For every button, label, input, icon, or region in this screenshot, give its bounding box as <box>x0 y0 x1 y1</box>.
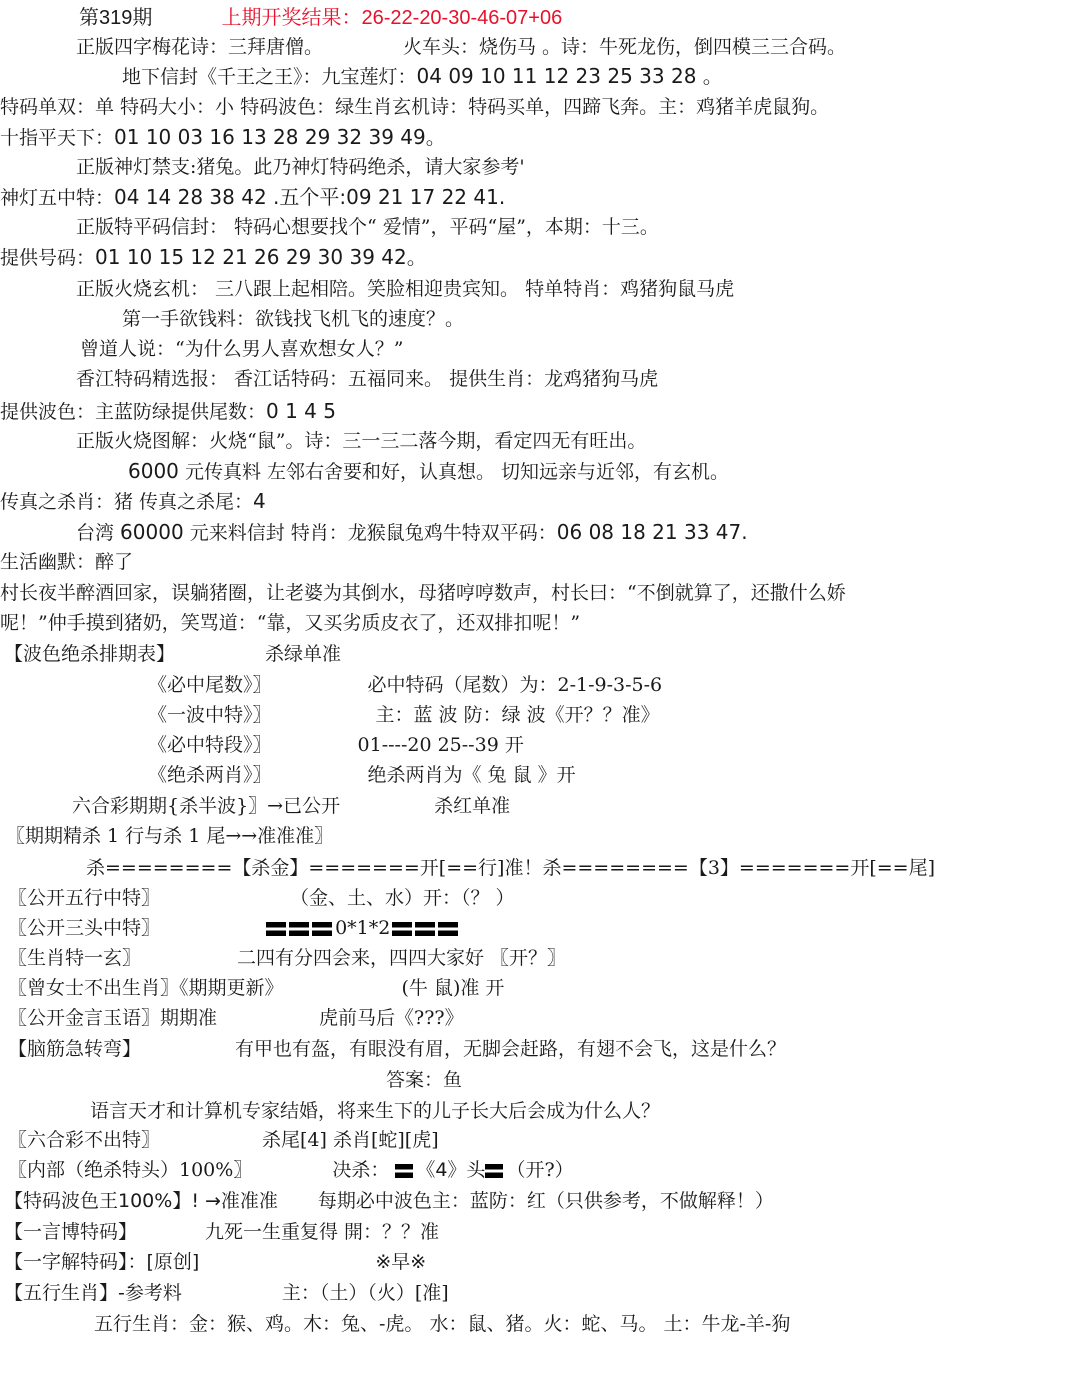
internal-kill-label: 〖内部（绝杀特头）100%〗 <box>8 1159 252 1181</box>
must-segment-label: 《必中特段》〗 <box>148 734 272 756</box>
golden-words-label: 〖公开金言玉语〗期期准 <box>8 1007 217 1029</box>
taiwan-text: 元来料信封 特肖：龙猴鼠兔鸡牛特双平码： <box>184 522 557 544</box>
decisive-kill-value: 《4》头 <box>416 1159 485 1181</box>
zodiac-mystery-value: 二四有分四会来，四四大家好 〖开？〗 <box>237 947 566 969</box>
wave-king-label: 【特码波色王100%】! →准准准 <box>4 1190 278 1212</box>
three-heads-line: 〖公开三头中特〗 0*1*2 <box>8 915 461 941</box>
train-head: 火车头：烧伤马 。诗：牛死龙伤，倒四模三三合码。 <box>403 36 846 58</box>
five-elements-zodiac-label: 【五行生肖】-参考料 <box>4 1282 182 1304</box>
ten-fingers-numbers: 01 10 03 16 13 28 29 32 39 49。 <box>114 125 446 149</box>
bar-icon <box>415 922 435 936</box>
kill-red-single: 杀红单准 <box>434 795 510 817</box>
bar-icon <box>266 922 286 936</box>
fax-kill-tail: 4 <box>253 489 266 513</box>
kill-two-value: 绝杀两肖为《 兔 鼠 》开 <box>368 764 576 786</box>
magic-lamp-numbers: 04 14 28 38 42 .五个平:09 21 17 22 41. <box>114 185 505 209</box>
bar-icon <box>392 922 412 936</box>
ms-zeng-value: (牛 鼠)准 开 <box>402 977 505 999</box>
must-segment-value: 01----20 25--39 开 <box>358 734 524 756</box>
wave-kill-schedule-title: 【波色绝杀排期表】 <box>4 643 175 665</box>
one-wave-line: 《一波中特》〗主：蓝 波 防：绿 波《开？？准》 <box>148 702 660 728</box>
golden-words-line: 〖公开金言玉语〗期期准虎前马后《???》 <box>8 1005 464 1031</box>
internal-kill-line: 〖内部（绝杀特头）100%〗决杀：《4》头（开?） <box>8 1157 574 1183</box>
ms-zeng-line: 〖曾女士不出生肖〗《期期更新》(牛 鼠)准 开 <box>8 975 504 1001</box>
kill-two-line: 《绝杀两肖》〗绝杀两肖为《 兔 鼠 》开 <box>148 762 576 788</box>
must-tail-line: 《必中尾数》〗必中特码（尾数）为：2-1-9-3-5-6 <box>148 672 662 698</box>
half-wave-label: 六合彩期期{杀半波}〗→已公开 <box>72 795 340 817</box>
humor-text-1: 村长夜半醉酒回家，误躺猪圈，让老婆为其倒水，母猪哼哼数声，村长曰：“不倒就算了，… <box>0 580 846 606</box>
no-special-label: 〖六合彩不出特〗 <box>8 1129 160 1151</box>
taiwan-label: 台湾 <box>76 522 120 544</box>
five-elements-zodiac-value: 主：（土）（火）[准] <box>282 1282 449 1304</box>
five-elements-list: 五行生肖：金：猴、鸡。木：兔、-虎。 水：鼠、猪。火：蛇、马。 土：牛龙-羊-狗 <box>94 1311 790 1337</box>
decisive-kill-open: （开?） <box>506 1159 573 1181</box>
one-char-line: 【一字解特码】：[原创]※早※ <box>4 1249 426 1275</box>
taiwan-envelope-line: 台湾 60000 元来料信封 特肖：龙猴鼠兔鸡牛特双平码：06 08 18 21… <box>76 519 748 546</box>
plum-poem-line: 正版四字梅花诗：三拜唐僧。火车头：烧伤马 。诗：牛死龙伤，倒四模三三合码。 <box>76 34 846 60</box>
riddle-label: 【脑筋急转弯】 <box>8 1038 141 1060</box>
fire-mystery-line: 正版火烧玄机： 三八跟上起相陪。笑脸相迎贵宾知。 特单特肖：鸡猪狗鼠马虎 <box>76 276 734 302</box>
fax-material-line: 6000 元传真料 左邻右舍要和好，认真想。 切知远亲与近邻，有玄机。 <box>128 458 729 485</box>
ten-fingers-line: 十指平天下：01 10 03 16 13 28 29 32 39 49。 <box>0 124 446 151</box>
one-word-label: 【一言博特码】 <box>4 1221 137 1243</box>
kill-row-tail-line: 〖期期精杀 1 行与杀 1 尾→→准准准〗 <box>6 823 333 849</box>
one-word-value: 九死一生重复得 開：？？准 <box>205 1221 439 1243</box>
fax-kill-label: 传真之杀肖：猪 传真之杀尾： <box>0 491 253 513</box>
one-char-label: 【一字解特码】：[原创] <box>4 1251 199 1273</box>
bar-icon <box>438 922 458 936</box>
provided-numbers-line: 提供号码：01 10 15 12 21 26 29 30 39 42。 <box>0 244 427 271</box>
ten-fingers-label: 十指平天下： <box>0 127 114 149</box>
riddle-answer: 答案：鱼 <box>386 1067 462 1093</box>
provided-numbers-label: 提供号码： <box>0 247 95 269</box>
must-tail-label: 《必中尾数》〗 <box>148 674 272 696</box>
three-heads-label: 〖公开三头中特〗 <box>8 917 160 939</box>
three-heads-value: 0*1*2 <box>335 917 390 939</box>
must-segment-line: 《必中特段》〗01----20 25--39 开 <box>148 732 524 758</box>
riddle-line: 【脑筋急转弯】有甲也有盔，有眼没有眉，无脚会赶路，有翅不会飞，这是什么？ <box>8 1036 786 1062</box>
bar-icon <box>312 922 332 936</box>
special-code-line: 特码单双：单 特码大小：小 特码波色：绿生肖玄机诗：特码买单，四蹄飞奔。主：鸡猪… <box>0 94 829 120</box>
fax-price: 6000 <box>128 459 179 483</box>
taiwan-price: 60000 <box>120 520 184 544</box>
wave-color-label: 提供波色：主蓝防绿提供尾数： <box>0 401 266 423</box>
issue-number: 第319期 <box>79 7 152 29</box>
wave-king-value: 每期必中波色主：蓝防：红（只供参考，不做解释！） <box>318 1190 774 1212</box>
wave-kill-schedule-line: 【波色绝杀排期表】杀绿单准 <box>4 641 341 667</box>
issue-header: 第319期 上期开奖结果：26-22-20-30-46-07+06 <box>79 5 562 31</box>
flat-code-envelope-line: 正版特平码信封： 特码心想要找个“ 爱情”，平码“屋”，本期：十三。 <box>76 214 659 240</box>
magic-lamp-label: 神灯五中特： <box>0 187 114 209</box>
joke-question: 语言天才和计算机专家结婚，将来生下的儿子长大后会成为什么人？ <box>90 1098 660 1124</box>
zeng-says-line: 曾道人说：“为什么男人喜欢想女人？” <box>80 336 403 362</box>
kill-green-single: 杀绿单准 <box>265 643 341 665</box>
five-elements-line: 〖公开五行中特〗（金、土、水）开：（？ ） <box>8 885 515 911</box>
magic-lamp-five-line: 神灯五中特：04 14 28 38 42 .五个平:09 21 17 22 41… <box>0 184 505 211</box>
golden-words-value: 虎前马后《???》 <box>319 1007 464 1029</box>
tail-numbers: 0 1 4 5 <box>266 399 336 423</box>
half-wave-line: 六合彩期期{杀半波}〗→已公开杀红单准 <box>72 793 510 819</box>
underground-envelope-line: 地下信封《千王之王》：九宝莲灯：04 09 10 11 12 23 25 33 … <box>122 63 723 90</box>
five-elements-zodiac-line: 【五行生肖】-参考料主：（土）（火）[准] <box>4 1280 449 1306</box>
five-elements-label: 〖公开五行中特〗 <box>8 887 160 909</box>
kill-gold-line: 杀========【杀金】=======开[==行]准！杀========【3】… <box>86 855 935 881</box>
taiwan-numbers: 06 08 18 21 33 47. <box>557 520 748 544</box>
must-tail-value: 必中特码（尾数）为：2-1-9-3-5-6 <box>368 674 663 696</box>
zodiac-mystery-line: 〖生肖特一玄〗二四有分四会来，四四大家好 〖开？〗 <box>8 945 566 971</box>
wave-color-line: 提供波色：主蓝防绿提供尾数：0 1 4 5 <box>0 398 336 425</box>
one-wave-value: 主：蓝 波 防：绿 波《开？？准》 <box>376 704 660 726</box>
last-result-value: 26-22-20-30-46-07+06 <box>362 7 563 29</box>
magic-lamp-ban-line: 正版神灯禁支:猪兔。此乃神灯特码绝杀，请大家参考' <box>76 154 525 180</box>
humor-title: 生活幽默：醉了 <box>0 549 133 575</box>
zodiac-mystery-label: 〖生肖特一玄〗 <box>8 947 141 969</box>
five-elements-value: （金、土、水）开：（？ ） <box>290 887 515 909</box>
bar-icon <box>395 1164 413 1178</box>
envelope-label: 地下信封《千王之王》：九宝莲灯： <box>122 66 417 88</box>
envelope-numbers: 04 09 10 11 12 23 25 33 28 。 <box>417 64 723 88</box>
riddle-question: 有甲也有盔，有眼没有眉，无脚会赶路，有翅不会飞，这是什么？ <box>235 1038 786 1060</box>
humor-text-2: 呢！”仲手摸到猪奶，笑骂道：“靠，又买劣质皮衣了，还双排扣呢！” <box>0 610 580 636</box>
one-char-value: ※早※ <box>375 1251 426 1273</box>
one-wave-label: 《一波中特》〗 <box>148 704 272 726</box>
ms-zeng-label: 〖曾女士不出生肖〗《期期更新》 <box>8 977 284 999</box>
fax-kill-line: 传真之杀肖：猪 传真之杀尾：4 <box>0 488 266 515</box>
no-special-line: 〖六合彩不出特〗杀尾[4] 杀肖[蛇][虎] <box>8 1127 439 1153</box>
no-special-value: 杀尾[4] 杀肖[蛇][虎] <box>262 1129 439 1151</box>
plum-poem: 正版四字梅花诗：三拜唐僧。 <box>76 36 323 58</box>
provided-numbers: 01 10 15 12 21 26 29 30 39 42。 <box>95 245 427 269</box>
fax-text: 元传真料 左邻右舍要和好，认真想。 切知远亲与近邻，有玄机。 <box>179 461 729 483</box>
fire-diagram-line: 正版火烧图解：火烧“鼠”。诗：三一三二落今期，看定四无有旺出。 <box>76 428 646 454</box>
last-result-label: 上期开奖结果： <box>222 7 362 29</box>
kill-two-label: 《绝杀两肖》〗 <box>148 764 272 786</box>
wave-king-line: 【特码波色王100%】! →准准准每期必中波色主：蓝防：红（只供参考，不做解释！… <box>4 1188 774 1214</box>
first-hand-line: 第一手欲钱料：欲钱找飞机飞的速度？。 <box>122 306 464 332</box>
bar-icon <box>485 1164 503 1178</box>
one-word-line: 【一言博特码】九死一生重复得 開：？？准 <box>4 1219 439 1245</box>
xiangjiang-line: 香江特码精选报： 香江话特码：五福同来。 提供生肖：龙鸡猪狗马虎 <box>76 366 658 392</box>
decisive-kill-label: 决杀： <box>332 1159 389 1181</box>
bar-icon <box>289 922 309 936</box>
